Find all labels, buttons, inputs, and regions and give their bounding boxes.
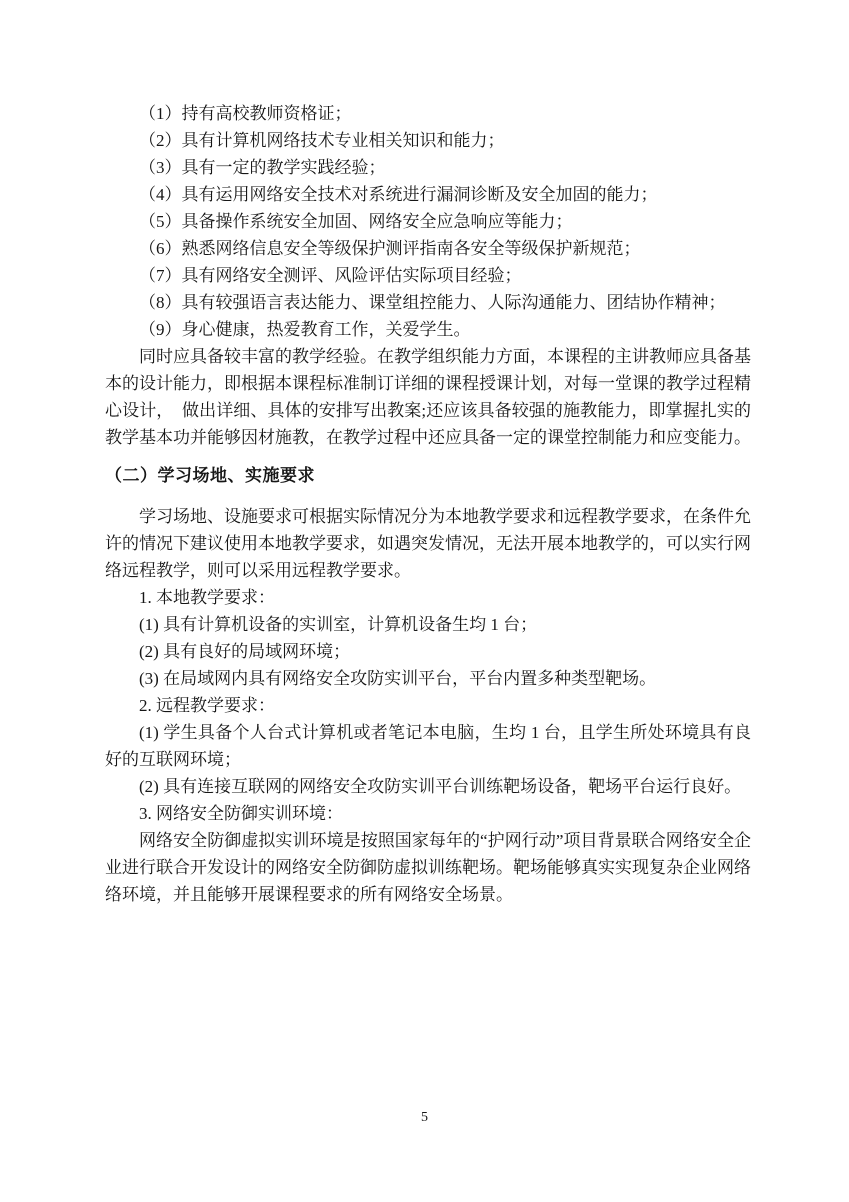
remote-teaching-item-2: (2) 具有连接互联网的网络安全攻防实训平台训练靶场设备，靶场平台运行良好。 bbox=[105, 773, 751, 800]
qualification-item-4: （4）具有运用网络安全技术对系统进行漏洞诊断及安全加固的能力； bbox=[105, 181, 751, 208]
defense-environment-paragraph: 网络安全防御虚拟实训环境是按照国家每年的“护网行动”项目背景联合网络安全企业进行… bbox=[105, 827, 751, 908]
qualification-item-2: （2）具有计算机网络技术专业相关知识和能力； bbox=[105, 127, 751, 154]
remote-teaching-item-1: (1) 学生具备个人台式计算机或者笔记本电脑，生均 1 台，且学生所处环境具有良… bbox=[105, 719, 751, 773]
local-teaching-item-2: (2) 具有良好的局域网环境； bbox=[105, 638, 751, 665]
teaching-experience-paragraph: 同时应具备较丰富的教学经验。在教学组织能力方面，本课程的主讲教师应具备基本的设计… bbox=[105, 343, 751, 451]
local-teaching-title: 1. 本地教学要求： bbox=[105, 584, 751, 611]
document-body: （1）持有高校教师资格证； （2）具有计算机网络技术专业相关知识和能力； （3）… bbox=[105, 100, 751, 908]
local-teaching-item-1: (1) 具有计算机设备的实训室，计算机设备生均 1 台； bbox=[105, 611, 751, 638]
defense-environment-title: 3. 网络安全防御实训环境： bbox=[105, 800, 751, 827]
qualification-item-9: （9）身心健康，热爱教育工作，关爱学生。 bbox=[105, 316, 751, 343]
qualification-item-7: （7）具有网络安全测评、风险评估实际项目经验； bbox=[105, 262, 751, 289]
document-page: （1）持有高校教师资格证； （2）具有计算机网络技术专业相关知识和能力； （3）… bbox=[0, 0, 849, 1202]
section-heading-study-site-requirements: （二）学习场地、实施要求 bbox=[105, 462, 751, 489]
qualification-item-6: （6）熟悉网络信息安全等级保护测评指南各安全等级保护新规范； bbox=[105, 235, 751, 262]
page-number: 5 bbox=[0, 1108, 849, 1128]
section-intro-paragraph: 学习场地、设施要求可根据实际情况分为本地教学要求和远程教学要求，在条件允许的情况… bbox=[105, 503, 751, 584]
local-teaching-item-3: (3) 在局域网内具有网络安全攻防实训平台，平台内置多种类型靶场。 bbox=[105, 665, 751, 692]
qualification-item-5: （5）具备操作系统安全加固、网络安全应急响应等能力； bbox=[105, 208, 751, 235]
qualification-item-8: （8）具有较强语言表达能力、课堂组控能力、人际沟通能力、团结协作精神； bbox=[105, 289, 751, 316]
qualification-item-3: （3）具有一定的教学实践经验； bbox=[105, 154, 751, 181]
qualification-item-1: （1）持有高校教师资格证； bbox=[105, 100, 751, 127]
remote-teaching-title: 2. 远程教学要求： bbox=[105, 692, 751, 719]
